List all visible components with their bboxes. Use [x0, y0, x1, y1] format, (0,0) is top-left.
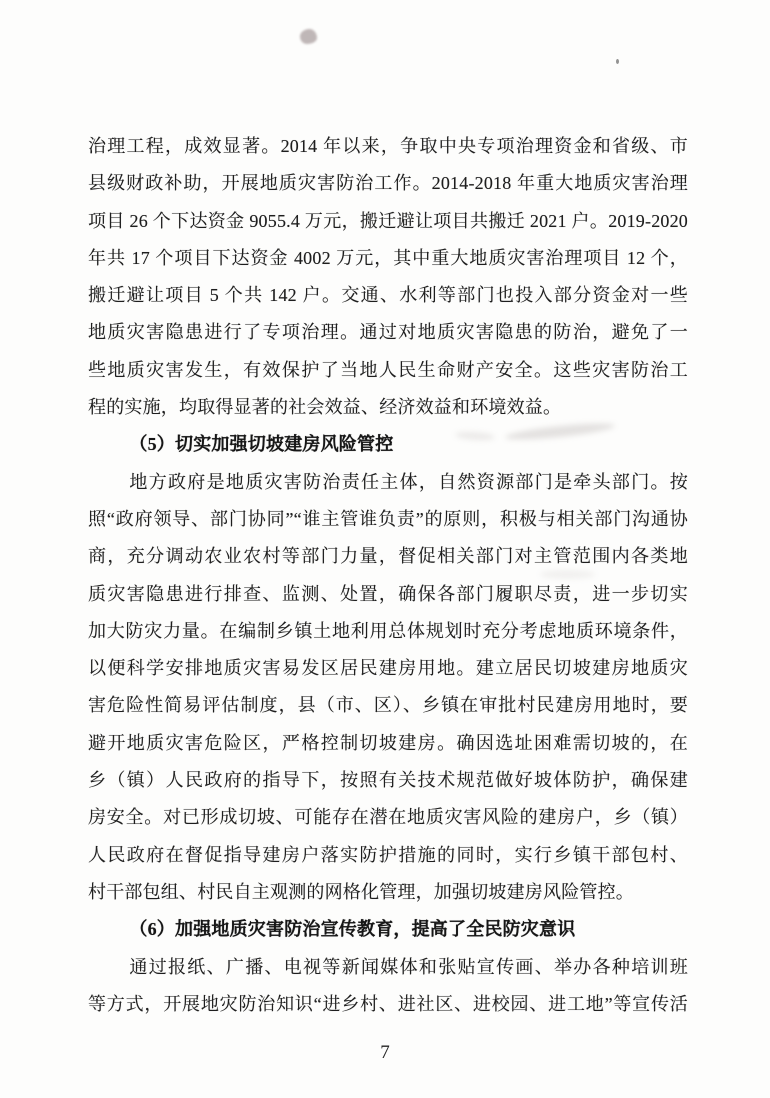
- text-block: 治理工程，成效显著。2014 年以来，争取中央专项治理资金和省级、市县级财政补助…: [88, 128, 688, 1023]
- text-line: 乡（镇）人民政府的指导下，按照有关技术规范做好坡体防护，确保建: [88, 762, 688, 799]
- text-line: 项目 26 个下达资金 9055.4 万元，搬迁避让项目共搬迁 2021 户。2…: [88, 203, 688, 240]
- text-line: 通过报纸、广播、电视等新闻媒体和张贴宣传画、举办各种培训班: [88, 949, 688, 986]
- text-line: 以便科学安排地质灾害易发区居民建房用地。建立居民切坡建房地质灾: [88, 650, 688, 687]
- text-line: 照“政府领导、部门协同”“谁主管谁负责”的原则，积极与相关部门沟通协: [88, 501, 688, 538]
- text-line: 搬迁避让项目 5 个共 142 户。交通、水利等部门也投入部分资金对一些: [88, 277, 688, 314]
- text-line: 人民政府在督促指导建房户落实防护措施的同时，实行乡镇干部包村、: [88, 837, 688, 874]
- section-heading: （6）加强地质灾害防治宣传教育，提高了全民防灾意识: [88, 911, 688, 948]
- text-line: 些地质灾害发生，有效保护了当地人民生命财产安全。这些灾害防治工: [88, 352, 688, 389]
- text-line: 质灾害隐患进行排查、监测、处置，确保各部门履职尽责，进一步切实: [88, 576, 688, 613]
- text-line: 害危险性简易评估制度，县（市、区）、乡镇在审批村民建房用地时，要: [88, 687, 688, 724]
- text-line: 避开地质灾害危险区，严格控制切坡建房。确因选址困难需切坡的，在: [88, 725, 688, 762]
- scan-speck: [616, 59, 619, 64]
- text-line: 县级财政补助，开展地质灾害防治工作。2014-2018 年重大地质灾害治理: [88, 165, 688, 202]
- text-line: 程的实施，均取得显著的社会效益、经济效益和环境效益。: [88, 389, 688, 426]
- text-line: 治理工程，成效显著。2014 年以来，争取中央专项治理资金和省级、市: [88, 128, 688, 165]
- text-line: 商，充分调动农业农村等部门力量，督促相关部门对主管范围内各类地: [88, 538, 688, 575]
- text-line: 地质灾害隐患进行了专项治理。通过对地质灾害隐患的防治，避免了一: [88, 314, 688, 351]
- text-line: 房安全。对已形成切坡、可能存在潜在地质灾害风险的建房户，乡（镇）: [88, 799, 688, 836]
- text-line: 村干部包组、村民自主观测的网格化管理，加强切坡建房风险管控。: [88, 874, 688, 911]
- page-number: 7: [0, 1042, 770, 1064]
- text-line: 年共 17 个项目下达资金 4002 万元，其中重大地质灾害治理项目 12 个，: [88, 240, 688, 277]
- text-line: 地方政府是地质灾害防治责任主体，自然资源部门是牵头部门。按: [88, 464, 688, 501]
- text-line: 加大防灾力量。在编制乡镇土地利用总体规划时充分考虑地质环境条件，: [88, 613, 688, 650]
- text-line: 等方式，开展地灾防治知识“进乡村、进社区、进校园、进工地”等宣传活: [88, 986, 688, 1023]
- scan-smudge: [300, 29, 317, 44]
- section-heading: （5）切实加强切坡建房风险管控: [88, 426, 688, 463]
- document-page: 治理工程，成效显著。2014 年以来，争取中央专项治理资金和省级、市县级财政补助…: [0, 0, 770, 1098]
